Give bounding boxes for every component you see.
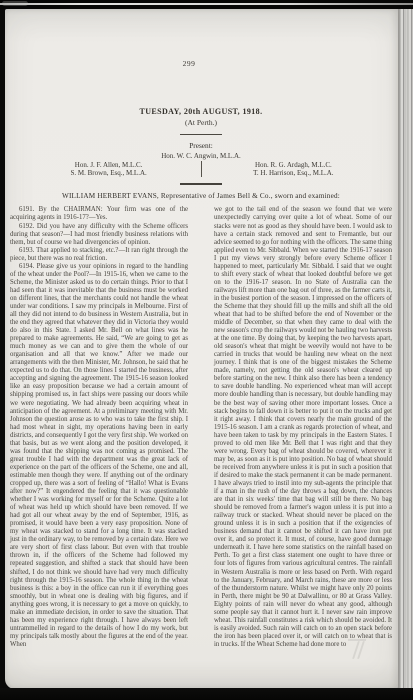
testimony-columns: 6191. By the CHAIRMAN: Your firm was one… (10, 206, 392, 649)
testimony-paragraph: 6192. Did you have any difficulty with t… (10, 223, 188, 247)
document-page: 299 TUESDAY, 20th AUGUST, 1918. (At Pert… (5, 9, 399, 689)
testimony-left-column: 6191. By the CHAIRMAN: Your firm was one… (10, 206, 188, 649)
scanned-page-container: 299 TUESDAY, 20th AUGUST, 1918. (At Pert… (0, 0, 413, 700)
scan-top-highlight (0, 3, 413, 5)
present-column-divider (201, 161, 202, 177)
divider-rule-bottom (180, 183, 222, 185)
divider-rule-top (180, 134, 222, 135)
member-name: T. H. Harrison, Esq., M.L.A. (206, 169, 382, 177)
scan-blemish-mark (351, 639, 367, 661)
present-members-left: Hon. J. F. Allen, M.L.C. S. M. Brown, Es… (21, 161, 197, 177)
testimony-paragraph: 6191. By the CHAIRMAN: Your firm was one… (10, 206, 188, 222)
page-number: 299 (0, 59, 380, 68)
testimony-paragraph: 6193. That applied to stacking, etc.?—It… (10, 247, 188, 263)
present-label: Present: (10, 141, 392, 150)
member-name: Hon. J. F. Allen, M.L.C. (21, 161, 197, 169)
session-date: TUESDAY, 20th AUGUST, 1918. (10, 107, 392, 116)
member-name: Hon. R. G. Ardagh, M.L.C. (206, 161, 382, 169)
testimony-right-column: we got to the tail end of the season we … (214, 206, 392, 649)
testimony-paragraph: we got to the tail end of the season we … (214, 206, 392, 649)
book-page-edges (398, 8, 413, 689)
testimony-paragraph: 6194. Please give us your opinions in re… (10, 263, 188, 649)
scan-top-edge (0, 0, 413, 9)
session-location: (At Perth.) (10, 118, 392, 127)
present-chairman: Hon. W. C. Angwin, M.L.A. (10, 152, 392, 160)
member-name: S. M. Brown, Esq., M.L.A. (21, 169, 197, 177)
present-members: Hon. J. F. Allen, M.L.C. S. M. Brown, Es… (10, 161, 392, 177)
scan-bottom-edge (0, 688, 413, 700)
witness-heading: WILLIAM HERBERT EVANS, Representative of… (10, 192, 392, 200)
present-members-right: Hon. R. G. Ardagh, M.L.C. T. H. Harrison… (206, 161, 382, 177)
page-content: 299 TUESDAY, 20th AUGUST, 1918. (At Pert… (10, 9, 392, 649)
